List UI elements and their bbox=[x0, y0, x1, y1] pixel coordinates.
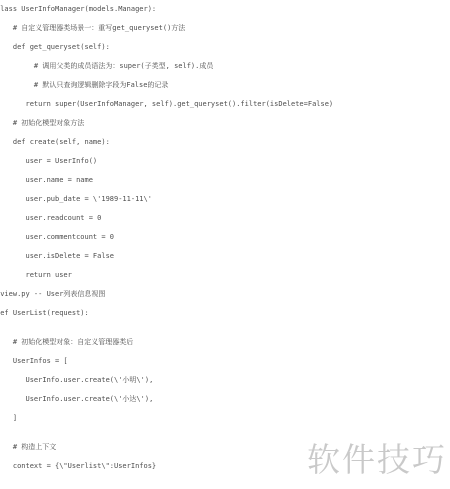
code-area: class UserInfoManager(models.Manager): #… bbox=[0, 0, 450, 476]
code-line: UserInfo.user.create(\'小明\'), bbox=[0, 371, 450, 390]
code-line: return super(UserInfoManager, self).get_… bbox=[0, 95, 450, 114]
code-line: view.py -- User列表信息视图 bbox=[0, 285, 450, 304]
code-line: UserInfo.user.create(\'小达\'), bbox=[0, 390, 450, 409]
code-line: def create(self, name): bbox=[0, 133, 450, 152]
code-line: def UserList(request): bbox=[0, 304, 450, 323]
code-line: # 调用父类的成员语法为：super(子类型, self).成员 bbox=[0, 57, 450, 76]
code-line: # 默认只查询逻辑删除字段为False的记录 bbox=[0, 76, 450, 95]
code-line: return user bbox=[0, 266, 450, 285]
code-line: # 初始化模型对象：自定义管理器类后 bbox=[0, 333, 450, 352]
code-line: user.pub_date = \'1989-11-11\' bbox=[0, 190, 450, 209]
watermark-text: 软件技巧 bbox=[307, 434, 447, 481]
code-line: user.name = name bbox=[0, 171, 450, 190]
code-lines: class UserInfoManager(models.Manager): #… bbox=[0, 0, 450, 476]
code-line: def get_queryset(self): bbox=[0, 38, 450, 57]
code-screenshot-page: { "page": { "background_color": "#ffffff… bbox=[0, 0, 450, 489]
code-line: # 初始化模型对象方法 bbox=[0, 114, 450, 133]
code-line: user.isDelete = False bbox=[0, 247, 450, 266]
code-line: user.readcount = 0 bbox=[0, 209, 450, 228]
code-line: user = UserInfo() bbox=[0, 152, 450, 171]
code-line: # 自定义管理器类场景一：重写get_queryset()方法 bbox=[0, 19, 450, 38]
code-line: ] bbox=[0, 409, 450, 428]
code-line: user.commentcount = 0 bbox=[0, 228, 450, 247]
code-line: UserInfos = [ bbox=[0, 352, 450, 371]
code-line: class UserInfoManager(models.Manager): bbox=[0, 0, 450, 19]
